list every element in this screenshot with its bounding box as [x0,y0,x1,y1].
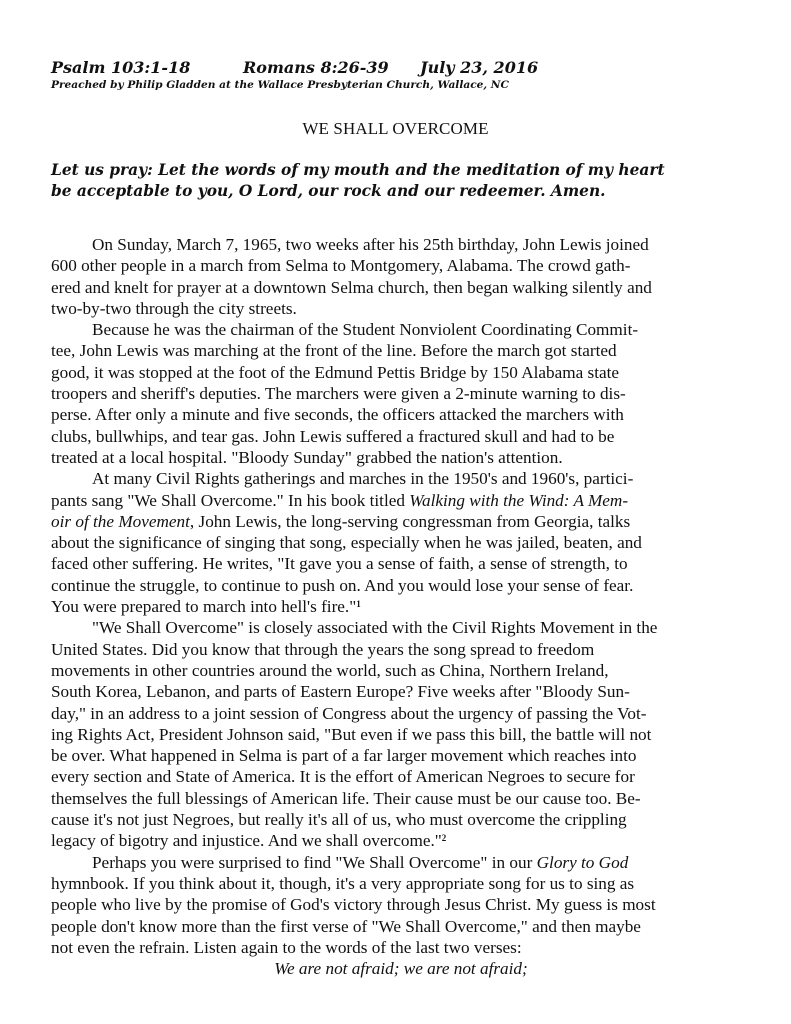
body-line: Perhaps you were surprised to find "We S… [51,852,751,873]
scripture-reading-2: Romans 8:26-39 [243,58,389,77]
body-line: clubs, bullwhips, and tear gas. John Lew… [51,426,751,447]
body-line: movements in other countries around the … [51,660,751,681]
sermon-page: Psalm 103:1-18 Romans 8:26-39 July 23, 2… [0,0,791,1024]
body-line: Because he was the chairman of the Stude… [51,319,751,340]
body-line-text: good, it was stopped at the foot of the … [51,363,619,382]
book-title-italic: Glory to God [537,853,629,872]
body-line: every section and State of America. It i… [51,766,751,787]
body-line: On Sunday, March 7, 1965, two weeks afte… [51,234,751,255]
body-line: tee, John Lewis was marching at the fron… [51,340,751,361]
footnote-marker: 1 [356,599,361,609]
sermon-date: July 23, 2016 [420,58,538,77]
body-line-text: hymnbook. If you think about it, though,… [51,874,634,893]
body-line-text: movements in other countries around the … [51,661,609,680]
prayer-line: be acceptable to you, O Lord, our rock a… [51,181,761,202]
body-line-text: On Sunday, March 7, 1965, two weeks afte… [92,235,649,254]
body-line-text: every section and State of America. It i… [51,767,635,786]
body-line: pants sang "We Shall Overcome." In his b… [51,490,751,511]
body-line-text: , John Lewis, the long-serving congressm… [190,512,630,531]
body-line: perse. After only a minute and five seco… [51,404,751,425]
body-line-text: ing Rights Act, President Johnson said, … [51,725,651,744]
body-line: You were prepared to march into hell's f… [51,596,751,617]
body-line-text: people don't know more than the first ve… [51,917,641,936]
hymn-verse-line: We are not afraid; we are not afraid; [51,958,751,979]
body-line: about the significance of singing that s… [51,532,751,553]
body-line: United States. Did you know that through… [51,639,751,660]
body-line: South Korea, Lebanon, and parts of Easte… [51,681,751,702]
body-line: not even the refrain. Listen again to th… [51,937,751,958]
body-line-text: Perhaps you were surprised to find "We S… [92,853,537,872]
body-line-text: ered and knelt for prayer at a downtown … [51,278,652,297]
prayer-line: Let us pray: Let the words of my mouth a… [51,160,761,181]
body-line-text: Because he was the chairman of the Stude… [92,320,638,339]
scripture-reading-1: Psalm 103:1-18 [51,58,190,77]
body-line-text: themselves the full blessings of America… [51,789,641,808]
body-line: cause it's not just Negroes, but really … [51,809,751,830]
body-line: oir of the Movement, John Lewis, the lon… [51,511,751,532]
body-line-text: people who live by the promise of God's … [51,895,656,914]
body-line: troopers and sheriff's deputies. The mar… [51,383,751,404]
body-line-text: day," in an address to a joint session o… [51,704,646,723]
body-line: legacy of bigotry and injustice. And we … [51,830,751,851]
preached-by-line: Preached by Philip Gladden at the Wallac… [51,79,509,91]
body-line-text: pants sang "We Shall Overcome." In his b… [51,491,409,510]
body-line-text: At many Civil Rights gatherings and marc… [92,469,633,488]
body-line: ing Rights Act, President Johnson said, … [51,724,751,745]
body-line-text: You were prepared to march into hell's f… [51,597,356,616]
body-line-text: about the significance of singing that s… [51,533,642,552]
body-line-text: 600 other people in a march from Selma t… [51,256,630,275]
body-line: good, it was stopped at the foot of the … [51,362,751,383]
body-line: people don't know more than the first ve… [51,916,751,937]
body-line: continue the struggle, to continue to pu… [51,575,751,596]
body-line: treated at a local hospital. "Bloody Sun… [51,447,751,468]
body-line-text: legacy of bigotry and injustice. And we … [51,831,442,850]
sermon-title: WE SHALL OVERCOME [0,119,791,139]
body-line: people who live by the promise of God's … [51,894,751,915]
body-line: At many Civil Rights gatherings and marc… [51,468,751,489]
body-line-text: treated at a local hospital. "Bloody Sun… [51,448,563,467]
body-line: faced other suffering. He writes, "It ga… [51,553,751,574]
body-line-text: clubs, bullwhips, and tear gas. John Lew… [51,427,614,446]
body-line-text: continue the struggle, to continue to pu… [51,576,633,595]
body-line-text: be over. What happened in Selma is part … [51,746,636,765]
body-line: themselves the full blessings of America… [51,788,751,809]
body-line-text: troopers and sheriff's deputies. The mar… [51,384,626,403]
body-line: 600 other people in a march from Selma t… [51,255,751,276]
body-line: be over. What happened in Selma is part … [51,745,751,766]
body-line-text: faced other suffering. He writes, "It ga… [51,554,628,573]
book-title-italic: oir of the Movement [51,512,190,531]
body-line-text: two-by-two through the city streets. [51,299,297,318]
body-line-text: tee, John Lewis was marching at the fron… [51,341,617,360]
body-line-text: "We Shall Overcome" is closely associate… [92,618,657,637]
opening-prayer: Let us pray: Let the words of my mouth a… [51,160,761,202]
sermon-body: On Sunday, March 7, 1965, two weeks afte… [51,234,751,979]
body-line-text: cause it's not just Negroes, but really … [51,810,627,829]
footnote-marker: 2 [442,833,447,843]
body-line-text: not even the refrain. Listen again to th… [51,938,522,957]
body-line-text: South Korea, Lebanon, and parts of Easte… [51,682,630,701]
scripture-header: Psalm 103:1-18 Romans 8:26-39 July 23, 2… [51,58,751,78]
body-line: day," in an address to a joint session o… [51,703,751,724]
body-line-text: perse. After only a minute and five seco… [51,405,624,424]
book-title-italic: Walking with the Wind: A Mem- [409,491,628,510]
body-line: ered and knelt for prayer at a downtown … [51,277,751,298]
body-line-text: United States. Did you know that through… [51,640,594,659]
body-line: hymnbook. If you think about it, though,… [51,873,751,894]
body-line: "We Shall Overcome" is closely associate… [51,617,751,638]
body-line: two-by-two through the city streets. [51,298,751,319]
